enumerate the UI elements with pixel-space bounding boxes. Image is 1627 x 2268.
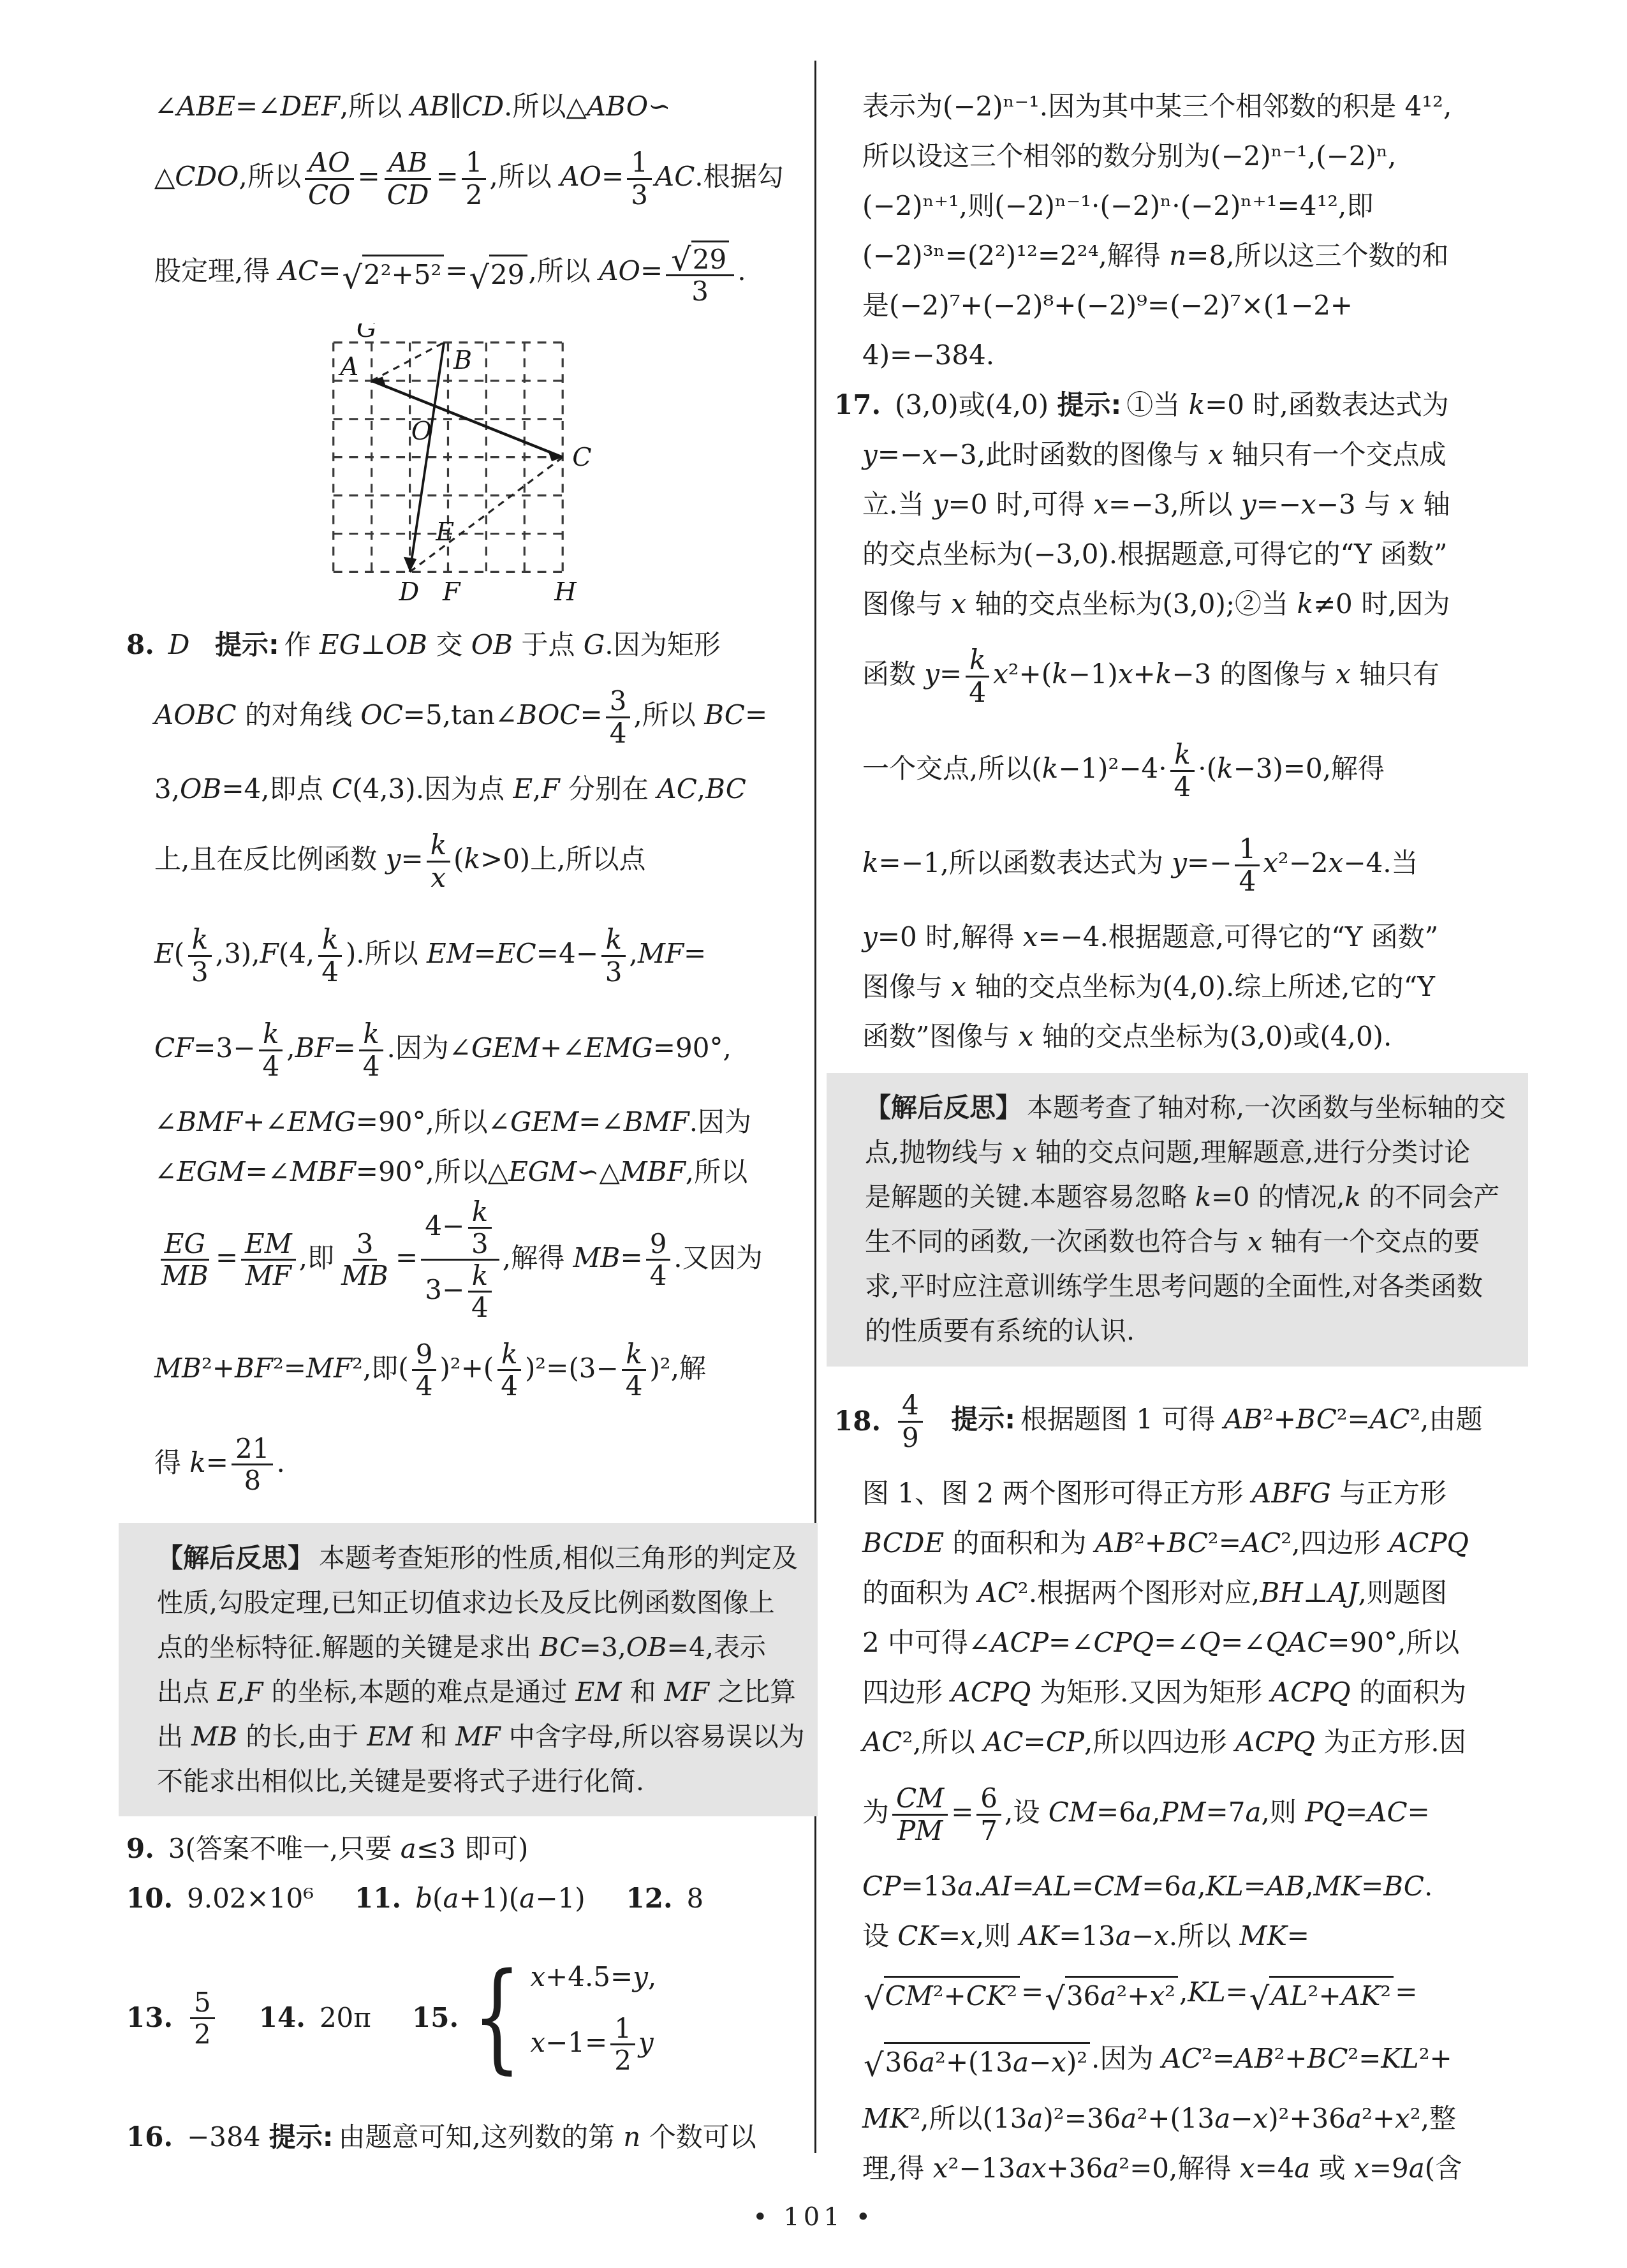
item-number: 16. bbox=[126, 2121, 173, 2154]
dashed-segment-AB bbox=[372, 343, 444, 381]
bold-label: 提示: bbox=[269, 2121, 334, 2153]
text-line: BCDE 的面积和为 AB²+BC²=AC²,四边形 ACPQ bbox=[834, 1518, 1510, 1568]
left-text-item8: 8.D 提示:作 EG⊥OB 交 OB 于点 G.因为矩形AOBC 的对角线 O… bbox=[126, 620, 800, 1511]
text-line: y=0 时,解得 x=−4.根据题意,可得它的“Y 函数” bbox=[834, 912, 1510, 962]
fraction: EGMB bbox=[158, 1229, 212, 1291]
text-line: CF=3−k4,BF=k4.因为∠GEM+∠EMG=90°, bbox=[126, 1003, 800, 1097]
text-line: 生不同的函数,一次函数也符合与 x 轴有一个交点的要 bbox=[837, 1220, 1518, 1264]
item-number: 11. bbox=[355, 1882, 401, 1916]
text-line: 13.5214.20π15.{x+4.5=y,x−1=12y bbox=[126, 1923, 800, 2112]
text-line: 表示为(−2)ⁿ⁻¹.因为其中某三个相邻数的积是 4¹², bbox=[834, 82, 1510, 131]
text-line: △CDO,所以AOCO=ABCD=12,所以 AO=13AC.根据勾 bbox=[126, 131, 800, 226]
text-line: 函数 y=k4x²+(k−1)x+k−3 的图像与 x 轴只有 bbox=[834, 629, 1510, 723]
text-line: MK²,所以(13a)²=36a²+(13a−x)²+36a²+x²,整 bbox=[834, 2094, 1510, 2144]
bold-label: 【解后反思】 bbox=[865, 1092, 1022, 1123]
text-line: ∠EGM=∠MBF=90°,所以△EGM∽△MBF,所以 bbox=[126, 1147, 800, 1197]
bold-label: 提示: bbox=[951, 1404, 1015, 1435]
text-line: 10.9.02×10⁶11.b(a+1)(a−1)12.8 bbox=[126, 1874, 800, 1923]
text-line: AC²,所以 AC=CP,所以四边形 ACPQ 为正方形.因 bbox=[834, 1717, 1510, 1767]
square-root: √36a²+x² bbox=[1045, 1976, 1178, 2013]
text-line: 不能求出相似比,关键是要将式子进行化简. bbox=[129, 1759, 807, 1804]
fraction: 12 bbox=[610, 2013, 635, 2075]
answer-item: 11.b(a+1)(a−1) bbox=[355, 1882, 585, 1916]
text-line: MB²+BF²=MF²,即(94)²+(k4)²=(3−k4)²,解 bbox=[126, 1323, 800, 1417]
text-line: 得 k=218. bbox=[126, 1417, 800, 1511]
right-column: 表示为(−2)ⁿ⁻¹.因为其中某三个相邻数的积是 4¹²,所以设这三个相邻的数分… bbox=[834, 82, 1510, 2193]
fraction: 12 bbox=[462, 147, 487, 209]
item-number: 13. bbox=[126, 2001, 173, 2035]
text-line: 9.3(答案不唯一,只要 a≤3 即可) bbox=[126, 1824, 800, 1874]
fraction: k4 bbox=[467, 1261, 492, 1323]
answer-item: 15.{x+4.5=y,x−1=12y bbox=[412, 1960, 656, 2075]
text-line: 出点 E,F 的坐标,本题的难点是通过 EM 和 MF 之比算 bbox=[129, 1670, 807, 1714]
text-line: 四边形 ACPQ 为矩形.又因为矩形 ACPQ 的面积为 bbox=[834, 1668, 1510, 1717]
square-root: √2²+5² bbox=[342, 255, 444, 292]
fraction: EMMF bbox=[241, 1229, 296, 1291]
fraction: k4 bbox=[622, 1339, 647, 1401]
text-line: y=−x−3,此时函数的图像与 x 轴只有一个交点成 bbox=[834, 430, 1510, 480]
answer-item: 13.52 bbox=[126, 1987, 218, 2049]
text-line: 上,且在反比例函数 y=kx(k>0)上,所以点 bbox=[126, 814, 800, 908]
figure-label-C: C bbox=[572, 443, 591, 472]
text-line: 18.49 提示:根据题图 1 可得 AB²+BC²=AC²,由题 bbox=[834, 1374, 1510, 1469]
left-text-bottom: 9.3(答案不唯一,只要 a≤3 即可)10.9.02×10⁶11.b(a+1)… bbox=[126, 1824, 800, 2162]
text-line: 为CMPM=67,设 CM=6a,PM=7a,则 PQ=AC= bbox=[834, 1767, 1510, 1862]
figure-label-G: G bbox=[357, 323, 377, 343]
figure-label-F: F bbox=[442, 577, 461, 607]
fraction: 49 bbox=[898, 1390, 923, 1452]
right-text-top: 表示为(−2)ⁿ⁻¹.因为其中某三个相邻数的积是 4¹²,所以设这三个相邻的数分… bbox=[834, 82, 1510, 1062]
figure-label-O: O bbox=[411, 417, 432, 446]
text-line: 性质,勾股定理,已知正切值求边长及反比例函数图像上 bbox=[129, 1580, 807, 1625]
fraction: 52 bbox=[190, 1987, 215, 2049]
column-divider bbox=[814, 61, 816, 2153]
figure-label-H: H bbox=[554, 577, 577, 607]
arrowhead-D bbox=[404, 557, 416, 572]
text-line: 求,平时应注意训练学生思考问题的全面性,对各类函数 bbox=[837, 1264, 1518, 1309]
reflection-block-left: 【解后反思】本题考查矩形的性质,相似三角形的判定及性质,勾股定理,已知正切值求边… bbox=[119, 1523, 818, 1816]
text-line: E(k3,3),F(4,k4).所以 EM=EC=4−k3,MF= bbox=[126, 908, 800, 1003]
equation-system: {x+4.5=y,x−1=12y bbox=[473, 1960, 656, 2075]
item-number: 9. bbox=[126, 1832, 154, 1866]
text-line: 2 中可得∠ACP=∠CPQ=∠Q=∠QAC=90°,所以 bbox=[834, 1618, 1510, 1668]
text-line: 8.D 提示:作 EG⊥OB 交 OB 于点 G.因为矩形 bbox=[126, 620, 800, 670]
text-line: 是(−2)⁷+(−2)⁸+(−2)⁹=(−2)⁷×(1−2+ bbox=[834, 281, 1510, 330]
fraction: 4−k33−k4 bbox=[421, 1197, 499, 1323]
right-text-bottom: 18.49 提示:根据题图 1 可得 AB²+BC²=AC²,由题图 1、图 2… bbox=[834, 1374, 1510, 2193]
fraction: 94 bbox=[646, 1229, 671, 1291]
square-root: √AL²+AK² bbox=[1249, 1976, 1394, 2013]
square-root: √29 bbox=[671, 241, 729, 274]
text-line: 所以设这三个相邻的数分别为(−2)ⁿ⁻¹,(−2)ⁿ, bbox=[834, 131, 1510, 181]
figure-label-B: B bbox=[453, 346, 472, 375]
fraction: CMPM bbox=[892, 1783, 948, 1845]
square-root: √CM²+CK² bbox=[864, 1976, 1020, 2013]
fraction: 218 bbox=[232, 1434, 273, 1495]
text-line: ∠BMF+∠EMG=90°,所以∠GEM=∠BMF.因为 bbox=[126, 1097, 800, 1147]
text-line: 理,得 x²−13ax+36a²=0,解得 x=4a 或 x=9a(含 bbox=[834, 2144, 1510, 2193]
text-line: EGMB=EMMF,即3MB=4−k33−k4,解得 MB=94.又因为 bbox=[126, 1197, 800, 1323]
fraction: 13 bbox=[627, 147, 652, 209]
fraction: 34 bbox=[606, 686, 631, 748]
item-number: 15. bbox=[412, 2001, 459, 2035]
fraction: 14 bbox=[1235, 834, 1260, 896]
text-line: CP=13a.AI=AL=CM=6a,KL=AB,MK=BC. bbox=[834, 1862, 1510, 1911]
text-line: 是解题的关键.本题容易忽略 k=0 的情况,k 的不同会产 bbox=[837, 1175, 1518, 1220]
square-root: √36a²+(13a−x)² bbox=[864, 2042, 1090, 2080]
text-line: AOBC 的对角线 OC=5,tan∠BOC=34,所以 BC= bbox=[126, 670, 800, 764]
text-line: 股定理,得 AC=√2²+5²=√29,所以 AO=√293. bbox=[126, 226, 800, 320]
text-line: k=−1,所以函数表达式为 y=−14x²−2x−4.当 bbox=[834, 818, 1510, 912]
fraction: 3MB bbox=[337, 1229, 392, 1291]
fraction: 94 bbox=[412, 1339, 437, 1401]
bold-label: 【解后反思】 bbox=[157, 1543, 314, 1573]
fraction: k4 bbox=[359, 1019, 384, 1081]
text-line: 17.(3,0)或(4,0) 提示:①当 k=0 时,函数表达式为 bbox=[834, 380, 1510, 430]
grid-figure: G B A O C E D F H bbox=[272, 323, 654, 617]
fraction: √293 bbox=[666, 240, 734, 306]
figure-label-E: E bbox=[435, 517, 454, 547]
item-number: 12. bbox=[626, 1882, 673, 1916]
text-line: 16.−384 提示:由题意可知,这列数的第 n 个数可以 bbox=[126, 2112, 800, 2162]
text-line: 图像与 x 轴的交点坐标为(3,0);②当 k≠0 时,因为 bbox=[834, 579, 1510, 629]
text-line: 的面积为 AC².根据两个图形对应,BH⊥AJ,则题图 bbox=[834, 1568, 1510, 1618]
text-line: ∠ABE=∠DEF,所以 AB∥CD.所以△ABO∽ bbox=[126, 82, 800, 131]
fraction: k4 bbox=[497, 1339, 522, 1401]
bold-label: 提示: bbox=[1057, 389, 1122, 420]
fraction: 67 bbox=[976, 1783, 1001, 1845]
left-text-top: ∠ABE=∠DEF,所以 AB∥CD.所以△ABO∽△CDO,所以AOCO=AB… bbox=[126, 82, 800, 320]
text-line: 的性质要有系统的认识. bbox=[837, 1309, 1518, 1354]
fraction: k4 bbox=[318, 924, 342, 986]
answer-item: 12.8 bbox=[626, 1882, 704, 1916]
answer-key-page: ∠ABE=∠DEF,所以 AB∥CD.所以△ABO∽△CDO,所以AOCO=AB… bbox=[0, 0, 1627, 2268]
figure-label-A: A bbox=[337, 352, 358, 382]
item-number: 10. bbox=[126, 1882, 173, 1916]
fraction: k4 bbox=[1170, 739, 1195, 801]
text-line: 图 1、图 2 两个图形可得正方形 ABFG 与正方形 bbox=[834, 1469, 1510, 1518]
figure-container: G B A O C E D F H bbox=[126, 320, 800, 620]
text-line: 一个交点,所以(k−1)²−4·k4·(k−3)=0,解得 bbox=[834, 723, 1510, 818]
reflection-block-right: 【解后反思】本题考查了轴对称,一次函数与坐标轴的交点,抛物线与 x 轴的交点问题… bbox=[827, 1073, 1528, 1367]
page-number: • 101 • bbox=[0, 2202, 1627, 2232]
fraction: k4 bbox=[258, 1019, 283, 1081]
bold-label: 提示: bbox=[215, 629, 279, 660]
text-line: 点的坐标特征.解题的关键是求出 BC=3,OB=4,表示 bbox=[129, 1625, 807, 1670]
left-column: ∠ABE=∠DEF,所以 AB∥CD.所以△ABO∽△CDO,所以AOCO=AB… bbox=[126, 82, 800, 2162]
answer-item: 14.20π bbox=[259, 2001, 371, 2035]
text-line: 【解后反思】本题考查矩形的性质,相似三角形的判定及 bbox=[129, 1536, 807, 1580]
text-line: 3,OB=4,即点 C(4,3).因为点 E,F 分别在 AC,BC bbox=[126, 764, 800, 814]
figure-label-D: D bbox=[398, 577, 419, 607]
fraction: kx bbox=[427, 830, 450, 892]
square-root: √29 bbox=[469, 255, 527, 292]
fraction: k3 bbox=[188, 924, 212, 986]
fraction: k3 bbox=[601, 924, 626, 986]
text-line: √CM²+CK²=√36a²+x²,KL=√AL²+AK²= bbox=[834, 1961, 1510, 2027]
item-number: 8. bbox=[126, 628, 154, 662]
fraction: ABCD bbox=[383, 147, 433, 209]
item-number: 17. bbox=[834, 389, 881, 422]
fraction: AOCO bbox=[304, 147, 355, 209]
text-line: 设 CK=x,则 AK=13a−x.所以 MK= bbox=[834, 1911, 1510, 1961]
item-number: 14. bbox=[259, 2001, 306, 2035]
fraction: k3 bbox=[467, 1197, 492, 1259]
text-line: √36a²+(13a−x)².因为 AC²=AB²+BC²=KL²+ bbox=[834, 2027, 1510, 2094]
text-line: 图像与 x 轴的交点坐标为(4,0).综上所述,它的“Y bbox=[834, 962, 1510, 1012]
text-line: 出 MB 的长,由于 EM 和 MF 中含字母,所以容易误以为 bbox=[129, 1714, 807, 1759]
text-line: 函数”图像与 x 轴的交点坐标为(3,0)或(4,0). bbox=[834, 1012, 1510, 1062]
text-line: 【解后反思】本题考查了轴对称,一次函数与坐标轴的交 bbox=[837, 1086, 1518, 1130]
text-line: 4)=−384. bbox=[834, 330, 1510, 380]
item-number: 18. bbox=[834, 1405, 881, 1439]
text-line: (−2)ⁿ⁺¹,则(−2)ⁿ⁻¹·(−2)ⁿ·(−2)ⁿ⁺¹=4¹²,即 bbox=[834, 181, 1510, 231]
answer-item: 10.9.02×10⁶ bbox=[126, 1882, 314, 1916]
text-line: 的交点坐标为(−3,0).根据题意,可得它的“Y 函数” bbox=[834, 530, 1510, 579]
text-line: (−2)³ⁿ=(2²)¹²=2²⁴,解得 n=8,所以这三个数的和 bbox=[834, 231, 1510, 281]
text-line: 点,抛物线与 x 轴的交点问题,理解题意,进行分类讨论 bbox=[837, 1130, 1518, 1175]
fraction: k4 bbox=[965, 645, 990, 707]
text-line: 立.当 y=0 时,可得 x=−3,所以 y=−x−3 与 x 轴 bbox=[834, 480, 1510, 530]
